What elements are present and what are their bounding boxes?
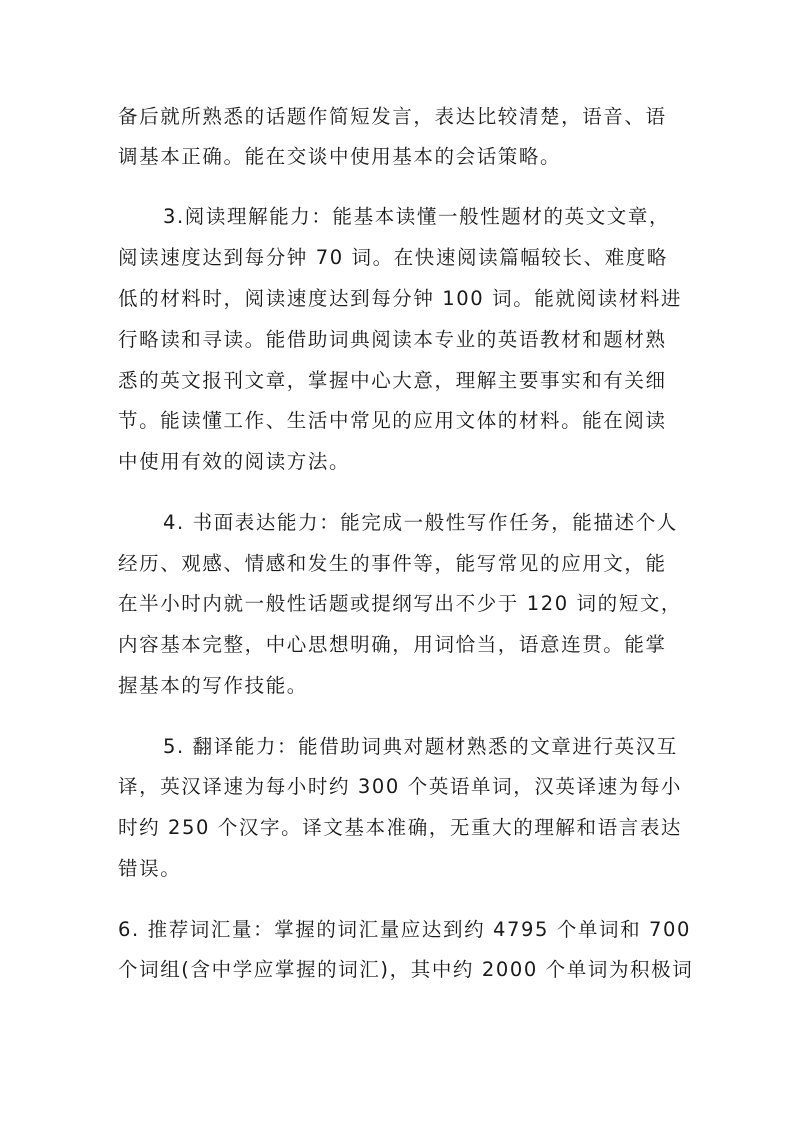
text-line: 行略读和寻读。能借助词典阅读本专业的英语教材和题材熟 [118, 328, 678, 352]
text-line: 悉的英文报刊文章，掌握中心大意，理解主要事实和有关细 [118, 369, 678, 393]
text-line: 在半小时内就一般性话题或提纲写出不少于 120 词的短文， [118, 592, 678, 616]
text-line: 经历、观感、情感和发生的事件等，能写常见的应用文，能 [118, 552, 678, 576]
text-line: 调基本正确。能在交谈中使用基本的会话策略。 [118, 145, 678, 169]
text-line: 6. 推荐词汇量：掌握的词汇量应达到约 4795 个单词和 700 [118, 918, 678, 942]
text-line: 节。能读懂工作、生活中常见的应用文体的材料。能在阅读 [118, 409, 678, 433]
text-line: 5. 翻译能力：能借助词典对题材熟悉的文章进行英汉互 [163, 735, 723, 759]
text-line: 低的材料时，阅读速度达到每分钟 100 词。能就阅读材料进 [118, 287, 678, 311]
text-line: 译，英汉译速为每小时约 300 个英语单词，汉英译速为每小 [118, 775, 678, 799]
text-line: 错误。 [118, 857, 678, 881]
text-line: 个词组(含中学应掌握的词汇)，其中约 2000 个单词为积极词 [118, 958, 678, 982]
text-line: 内容基本完整，中心思想明确，用词恰当，语意连贯。能掌 [118, 633, 678, 657]
text-line: 备后就所熟悉的话题作简短发言，表达比较清楚，语音、语 [118, 105, 678, 129]
text-line: 4. 书面表达能力：能完成一般性写作任务，能描述个人 [163, 511, 723, 535]
text-line: 3.阅读理解能力：能基本读懂一般性题材的英文文章， [163, 205, 723, 229]
text-line: 时约 250 个汉字。译文基本准确，无重大的理解和语言表达 [118, 816, 678, 840]
text-line: 中使用有效的阅读方法。 [118, 450, 678, 474]
text-line: 阅读速度达到每分钟 70 词。在快速阅读篇幅较长、难度略 [118, 246, 678, 270]
text-line: 握基本的写作技能。 [118, 674, 678, 698]
document-page: 备后就所熟悉的话题作简短发言，表达比较清楚，语音、语 调基本正确。能在交谈中使用… [0, 0, 793, 1122]
